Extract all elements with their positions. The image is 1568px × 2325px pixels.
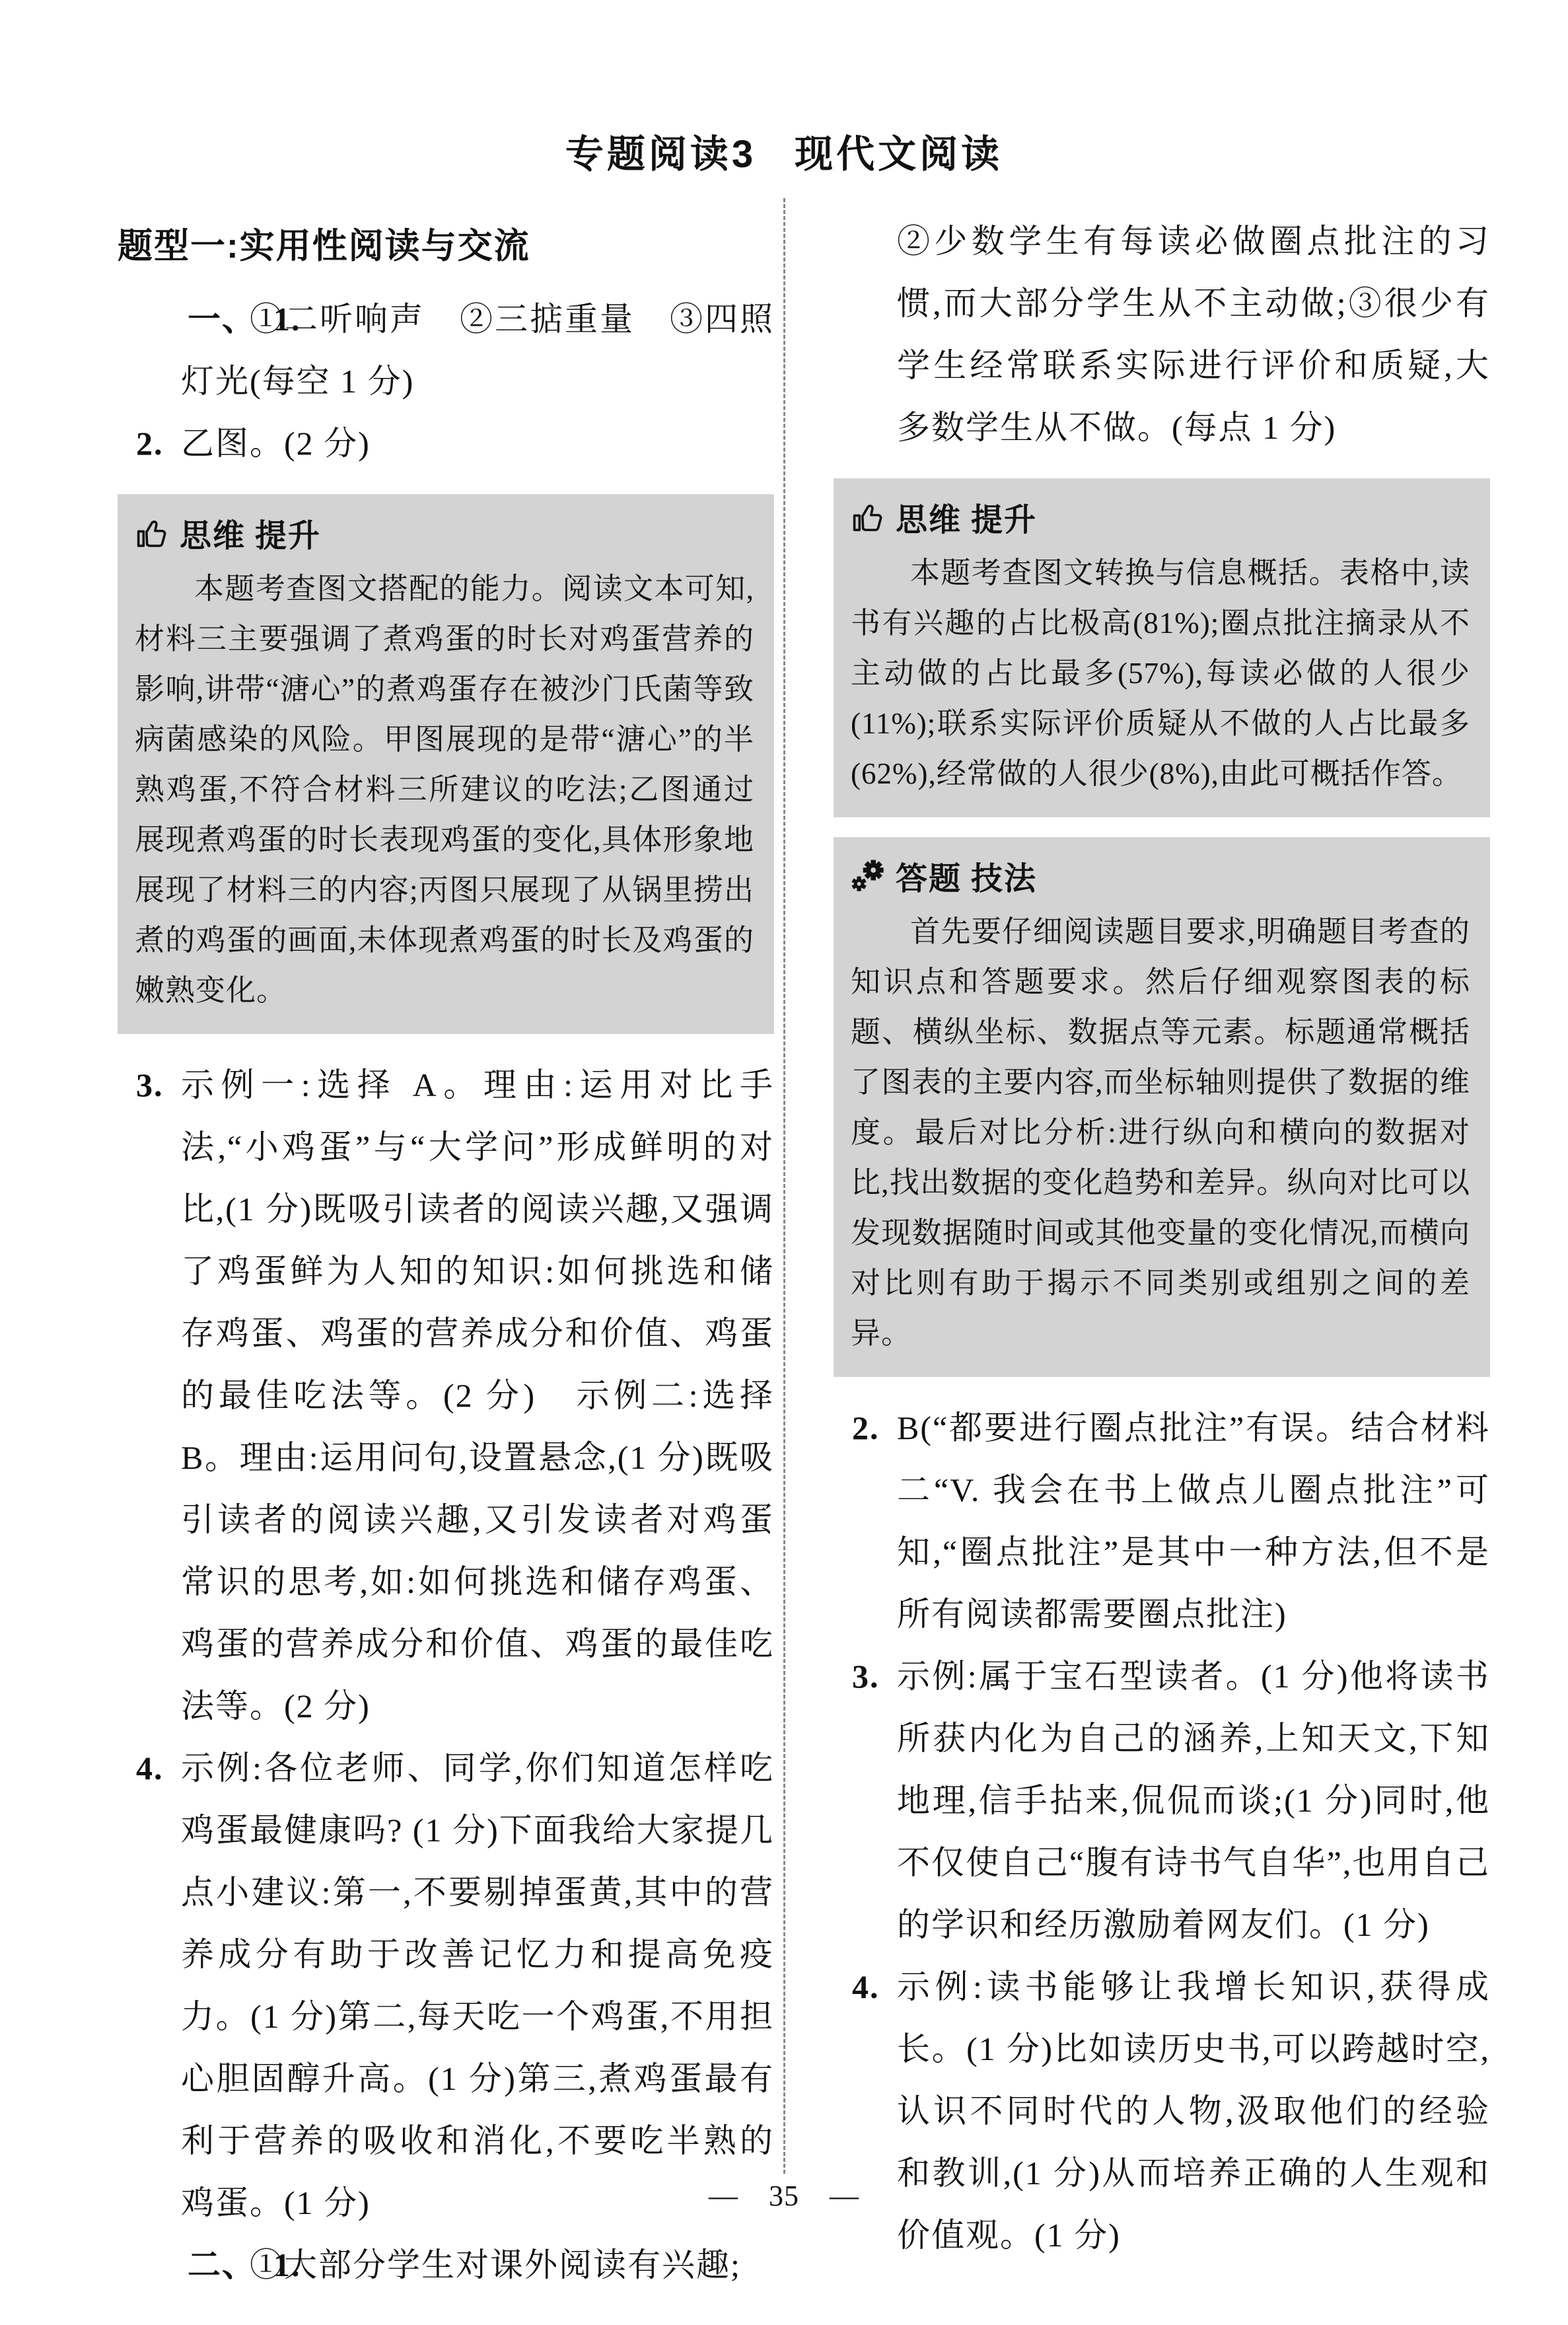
box-title-strong: 思维 — [180, 510, 246, 556]
item-text: 示例:属于宝石型读者。(1 分)他将读书所获内化为自己的涵养,上知天文,下知地理… — [897, 1658, 1490, 1943]
item-text: 示例:各位老师、同学,你们知道怎样吃鸡蛋最健康吗? (1 分)下面我给大家提几点… — [181, 1750, 774, 2221]
mind-boost-box-body: 本题考查图文搭配的能力。阅读文本可知,材料三主要强调了煮鸡蛋的时长对鸡蛋营养的影… — [135, 564, 754, 1015]
workbook-page: { "page": { "title": { "part1": "专题阅读3",… — [0, 0, 1568, 2325]
left-column: 题型一:实用性阅读与交流 一、 1. ①二听响声 ②三掂重量 ③四照灯光(每空 … — [118, 218, 774, 2296]
mind-boost-box-2-body: 本题考查图文转换与信息概括。表格中,读书有兴趣的占比极高(81%);圈点批注摘录… — [851, 548, 1470, 799]
box-title-rest: 技法 — [971, 853, 1037, 899]
item-number: 2. — [136, 412, 164, 474]
box-title-rest: 提升 — [255, 510, 321, 556]
box-title-rest: 提升 — [971, 494, 1037, 540]
page-title-part2: 现代文阅读 — [795, 133, 1003, 176]
footer-left-dash: — — [709, 2179, 738, 2213]
answer-item-q4: 4. 示例:各位老师、同学,你们知道怎样吃鸡蛋最健康吗? (1 分)下面我给大家… — [118, 1737, 774, 2234]
answer-item-sec2-q1: 二、 1. ①大部分学生对课外阅读有兴趣; — [118, 2234, 774, 2296]
column-divider-dashed — [783, 198, 785, 2174]
item-number: 4. — [852, 1956, 880, 2018]
answer-item-q2: 2. 乙图。(2 分) — [118, 412, 774, 474]
answer-item-q2-right: 2. B(“都要进行圈点批注”有误。结合材料二“V. 我会在书上做点儿圈点批注”… — [834, 1397, 1490, 1645]
right-column: ②少数学生有每读必做圈点批注的习惯,而大部分学生从不主动做;③很少有学生经常联系… — [834, 210, 1490, 2266]
item-text: 乙图。(2 分) — [181, 425, 371, 462]
item-number: 4. — [136, 1737, 164, 1799]
gears-icon — [851, 858, 886, 894]
thumbs-up-icon — [851, 499, 886, 535]
answer-technique-box: 答题 技法 首先要仔细阅读题目要求,明确题目考查的知识点和答题要求。然后仔细观察… — [834, 837, 1490, 1377]
thumbs-up-icon — [135, 515, 170, 551]
item-text: B(“都要进行圈点批注”有误。结合材料二“V. 我会在书上做点儿圈点批注”可知,… — [897, 1409, 1490, 1633]
item-number: 1. — [205, 288, 301, 350]
page-footer: —35— — [0, 2179, 1568, 2213]
item-number: 3. — [136, 1054, 164, 1116]
mind-boost-box-title: 思维 提升 — [135, 510, 754, 556]
footer-right-dash: — — [830, 2179, 859, 2213]
mind-boost-box-2: 思维 提升 本题考查图文转换与信息概括。表格中,读书有兴趣的占比极高(81%);… — [834, 478, 1490, 817]
box-title-strong: 答题 — [896, 853, 962, 899]
mind-boost-box: 思维 提升 本题考查图文搭配的能力。阅读文本可知,材料三主要强调了煮鸡蛋的时长对… — [118, 494, 774, 1034]
page-title: 专题阅读3现代文阅读 — [0, 123, 1568, 178]
box-title-strong: 思维 — [896, 494, 962, 540]
answer-technique-box-body: 首先要仔细阅读题目要求,明确题目考查的知识点和答题要求。然后仔细观察图表的标题、… — [851, 906, 1470, 1358]
answer-item-q4-right: 4. 示例:读书能够让我增长知识,获得成长。(1 分)比如读历史书,可以跨越时空… — [834, 1956, 1490, 2266]
item-text: ①大部分学生对课外阅读有兴趣; — [250, 2246, 741, 2283]
section-heading: 题型一:实用性阅读与交流 — [118, 218, 774, 268]
item-text: 示例一:选择 A。理由:运用对比手法,“小鸡蛋”与“大学问”形成鲜明的对比,(1… — [181, 1066, 774, 1724]
page-title-part1: 专题阅读3 — [565, 133, 756, 176]
answer-item-sec1-q1: 一、 1. ①二听响声 ②三掂重量 ③四照灯光(每空 1 分) — [118, 288, 774, 412]
answer-item-q3: 3. 示例一:选择 A。理由:运用对比手法,“小鸡蛋”与“大学问”形成鲜明的对比… — [118, 1054, 774, 1737]
answer-technique-box-title: 答题 技法 — [851, 853, 1470, 899]
answer-continuation: ②少数学生有每读必做圈点批注的习惯,而大部分学生从不主动做;③很少有学生经常联系… — [834, 210, 1490, 459]
item-number: 1. — [205, 2234, 301, 2296]
answer-item-q3-right: 3. 示例:属于宝石型读者。(1 分)他将读书所获内化为自己的涵养,上知天文,下… — [834, 1645, 1490, 1956]
page-number: 35 — [769, 2180, 799, 2212]
item-number: 2. — [852, 1397, 880, 1459]
mind-boost-box-2-title: 思维 提升 — [851, 494, 1470, 540]
item-number: 3. — [852, 1645, 880, 1707]
